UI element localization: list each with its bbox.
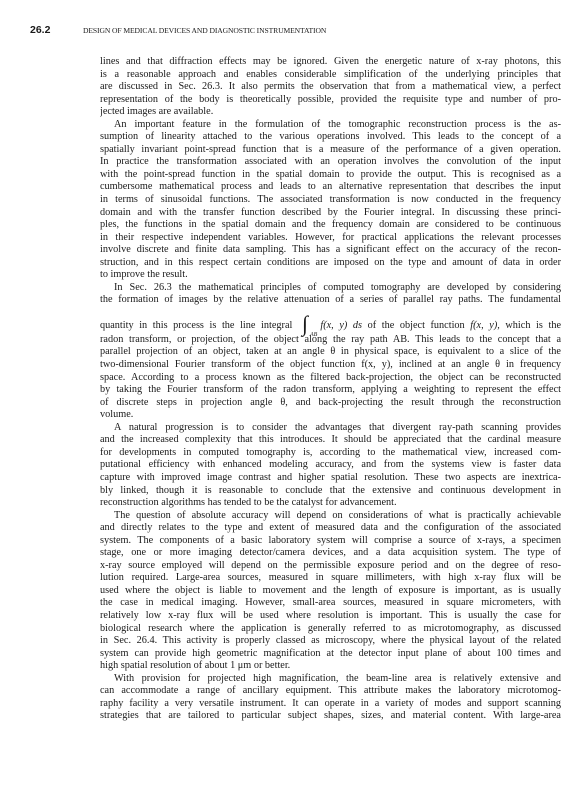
body-text: lines and that diffraction effects may b…: [100, 56, 561, 723]
text-line: by taking the Fourier transform of the r…: [100, 384, 561, 397]
text-line: raphy facility a very versatile instrume…: [100, 698, 561, 711]
text-line: in Sec. 26.4. This activity is properly …: [100, 635, 561, 648]
text-line: sumption of linearity attached to the va…: [100, 131, 561, 144]
text-line: parallel projection of an object, taken …: [100, 346, 561, 359]
text-line: involve discrete and finite data samplin…: [100, 244, 561, 257]
text-line: are discussed in Sec. 26.3. It also perm…: [100, 81, 561, 94]
integrand: f(x, y) ds: [320, 320, 362, 331]
text-line: spatially invariant point-spread functio…: [100, 144, 561, 157]
text-line: radon transform, or projection, of the o…: [100, 334, 561, 347]
text-line: system can provide high geometric magnif…: [100, 648, 561, 661]
text-line: for developments in computed tomography …: [100, 447, 561, 460]
equation-line: quantity in this process is the line int…: [100, 307, 561, 334]
text-line: lines and that diffraction effects may b…: [100, 56, 561, 69]
text-line: used where the object is liable to movem…: [100, 585, 561, 598]
text-line: strategies that are tailored to particul…: [100, 710, 561, 723]
text-line: biological research where the applicatio…: [100, 623, 561, 636]
text-line: the case in medical imaging. However, sm…: [100, 597, 561, 610]
text-line: in their respective independent variable…: [100, 232, 561, 245]
text-line: lution required. Large-area sources, mea…: [100, 572, 561, 585]
text-line: reconstruction algorithms has tended to …: [100, 497, 561, 510]
text-line: With provision for projected high magnif…: [100, 673, 561, 686]
integral-symbol: ∫: [302, 311, 308, 336]
text-line: can accommodate a range of ancillary equ…: [100, 685, 561, 698]
text-line: jected images are available.: [100, 106, 561, 119]
text-line: The question of absolute accuracy will d…: [100, 510, 561, 523]
text-line: space. According to a process known as t…: [100, 372, 561, 385]
paragraph-4: A natural progression is to consider the…: [100, 422, 561, 510]
text-line: In practice the transformation associate…: [100, 156, 561, 169]
text-line: and the increased complexity that this i…: [100, 434, 561, 447]
paragraph-1: lines and that diffraction effects may b…: [100, 56, 561, 119]
integral-subscript: AB: [310, 332, 317, 338]
text-line: representation of the body is theoretica…: [100, 94, 561, 107]
text-line: ples, the functions in the spatial domai…: [100, 219, 561, 232]
text-line: capture with improved image contrast and…: [100, 472, 561, 485]
text-line: A natural progression is to consider the…: [100, 422, 561, 435]
paragraph-2: An important feature in the formulation …: [100, 119, 561, 282]
running-title: DESIGN OF MEDICAL DEVICES AND DIAGNOSTIC…: [83, 26, 326, 35]
text-line: two-dimensional Fourier transform of the…: [100, 359, 561, 372]
text-line: is a reasonable approach and enables con…: [100, 69, 561, 82]
text-line: stage, one or more imaging detector/came…: [100, 547, 561, 560]
text-line: system. The components of a basic labora…: [100, 535, 561, 548]
page-number: 26.2: [30, 24, 83, 36]
paragraph-3: In Sec. 26.3 the mathematical principles…: [100, 282, 561, 422]
text-line: to improve the result.: [100, 269, 561, 282]
text-line: cumbersome mathematical process and lead…: [100, 181, 561, 194]
text-line: high spatial resolution of about 1 μm or…: [100, 660, 561, 673]
text-line: volume.: [100, 409, 561, 422]
text-line: An important feature in the formulation …: [100, 119, 561, 132]
text-line: In Sec. 26.3 the mathematical principles…: [100, 282, 561, 295]
text-line: of discrete steps in projection angle θ,…: [100, 397, 561, 410]
paragraph-6: With provision for projected high magnif…: [100, 673, 561, 723]
text-line: domain and with the transfer function de…: [100, 207, 561, 220]
text-line: bly linked, though it is reasonable to c…: [100, 485, 561, 498]
paragraph-5: The question of absolute accuracy will d…: [100, 510, 561, 673]
text-line: with the point-spread function in the sp…: [100, 169, 561, 182]
object-function: f(x, y),: [470, 320, 500, 331]
text-line: in terms of sinusoidal functions. The as…: [100, 194, 561, 207]
text-line: the formation of images by the relative …: [100, 294, 561, 307]
text-line: x-ray source employed will depend on the…: [100, 560, 561, 573]
text-line: and directly relates to the type and ext…: [100, 522, 561, 535]
running-head: 26.2DESIGN OF MEDICAL DEVICES AND DIAGNO…: [30, 20, 326, 38]
text-line: relatively low x-ray flux will be used w…: [100, 610, 561, 623]
text-line: putational efficiency with enhanced mode…: [100, 459, 561, 472]
text-line: struction, and in this respect certain c…: [100, 257, 561, 270]
